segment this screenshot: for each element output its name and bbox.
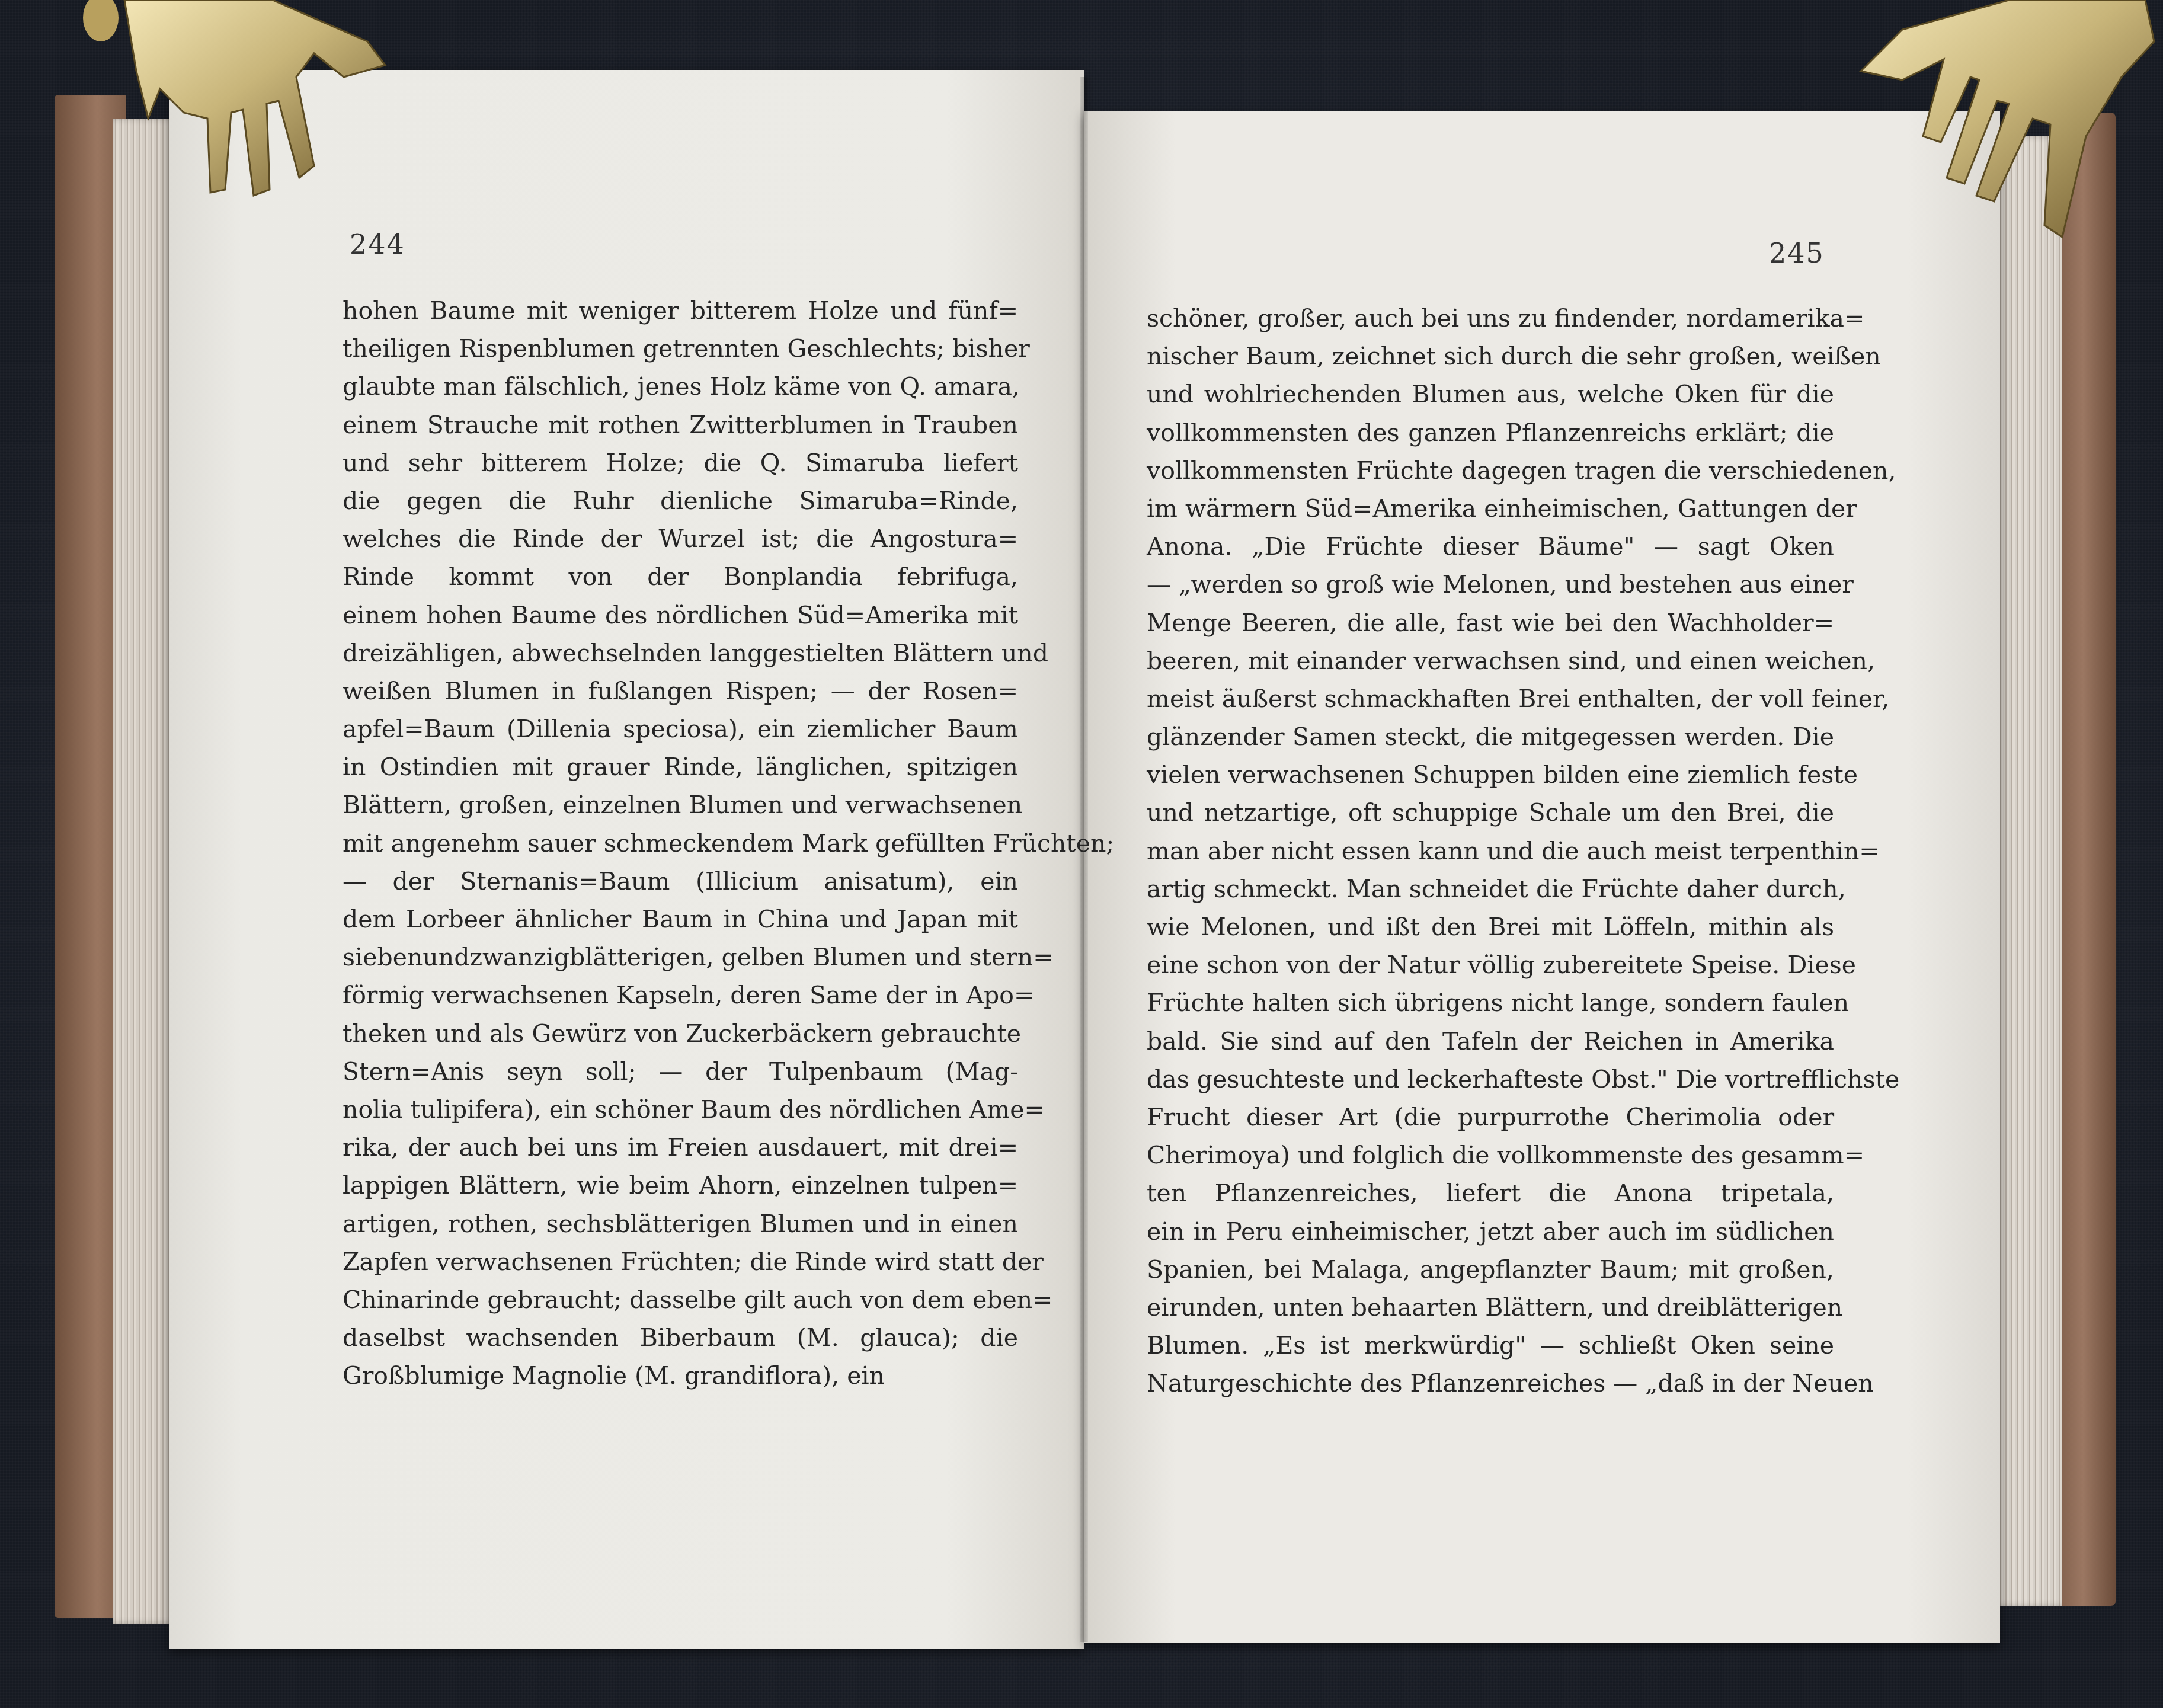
text-line: theiligen Rispenblumen getrennten Geschl… xyxy=(343,330,1018,367)
text-line: vollkommensten Früchte dagegen tragen di… xyxy=(1147,452,1834,490)
text-line: dreizähligen, abwechselnden langgestielt… xyxy=(343,634,1018,672)
text-line: beeren, mit einander verwachsen sind, un… xyxy=(1147,642,1834,680)
brass-hand-clip-right-icon xyxy=(1813,0,2163,249)
book-gutter xyxy=(1080,77,1088,1642)
text-line: hohen Baume mit weniger bitterem Holze u… xyxy=(343,292,1018,330)
text-line: vollkommensten des ganzen Pflanzenreichs… xyxy=(1147,414,1834,452)
text-line: — „werden so groß wie Melonen, und beste… xyxy=(1147,565,1834,603)
text-line: wie Melonen, und ißt den Brei mit Löffel… xyxy=(1147,908,1834,946)
text-line: mit angenehm sauer schmeckendem Mark gef… xyxy=(343,824,1018,862)
text-line: das gesuchteste und leckerhafteste Obst.… xyxy=(1147,1060,1834,1098)
text-line: Cherimoya) und folglich die vollkommenst… xyxy=(1147,1136,1834,1174)
text-line: eirunden, unten behaarten Blättern, und … xyxy=(1147,1288,1834,1326)
text-line: Zapfen verwachsenen Früchten; die Rinde … xyxy=(343,1243,1018,1281)
text-line: lappigen Blättern, wie beim Ahorn, einze… xyxy=(343,1166,1018,1204)
text-line: daselbst wachsenden Biberbaum (M. glauca… xyxy=(343,1319,1018,1357)
text-line: Anona. „Die Früchte dieser Bäume" — sagt… xyxy=(1147,527,1834,565)
text-line: apfel=Baum (Dillenia speciosa), ein ziem… xyxy=(343,710,1018,748)
text-line: schöner, großer, auch bei uns zu findend… xyxy=(1147,299,1834,337)
text-line: bald. Sie sind auf den Tafeln der Reiche… xyxy=(1147,1022,1834,1060)
text-line: eine schon von der Natur völlig zubereit… xyxy=(1147,946,1834,984)
text-line: weißen Blumen in fußlangen Rispen; — der… xyxy=(343,672,1018,710)
text-line: artig schmeckt. Man schneidet die Frücht… xyxy=(1147,870,1834,908)
text-line: man aber nicht essen kann und die auch m… xyxy=(1147,832,1834,870)
text-line: dem Lorbeer ähnlicher Baum in China und … xyxy=(343,900,1018,938)
text-line: nolia tulipifera), ein schöner Baum des … xyxy=(343,1090,1018,1128)
text-line: Blättern, großen, einzelnen Blumen und v… xyxy=(343,786,1018,824)
text-line: welches die Rinde der Wurzel ist; die An… xyxy=(343,520,1018,558)
text-line: im wärmern Süd=Amerika einheimischen, Ga… xyxy=(1147,490,1834,527)
text-line: in Ostindien mit grauer Rinde, längliche… xyxy=(343,748,1018,786)
text-line: Chinarinde gebraucht; dasselbe gilt auch… xyxy=(343,1281,1018,1319)
text-line: Menge Beeren, die alle, fast wie bei den… xyxy=(1147,604,1834,642)
text-line: und sehr bitterem Holze; die Q. Simaruba… xyxy=(343,444,1018,482)
text-line: förmig verwachsenen Kapseln, deren Same … xyxy=(343,976,1018,1014)
text-line: meist äußerst schmackhaften Brei enthalt… xyxy=(1147,680,1834,718)
text-line: Früchte halten sich übrigens nicht lange… xyxy=(1147,984,1834,1022)
text-line: rika, der auch bei uns im Freien ausdaue… xyxy=(343,1128,1018,1166)
right-page-text: schöner, großer, auch bei uns zu findend… xyxy=(1147,299,1834,1402)
text-line: die gegen die Ruhr dienliche Simaruba=Ri… xyxy=(343,482,1018,520)
text-line: theken und als Gewürz von Zuckerbäckern … xyxy=(343,1015,1018,1053)
page-number-left: 244 xyxy=(350,228,405,260)
text-line: ein in Peru einheimischer, jetzt aber au… xyxy=(1147,1213,1834,1250)
right-page-block-edge xyxy=(1991,136,2062,1606)
left-page-text: hohen Baume mit weniger bitterem Holze u… xyxy=(343,292,1018,1394)
text-line: Naturgeschichte des Pflanzenreiches — „d… xyxy=(1147,1364,1834,1402)
text-line: vielen verwachsenen Schuppen bilden eine… xyxy=(1147,756,1834,794)
text-line: ten Pflanzenreiches, liefert die Anona t… xyxy=(1147,1174,1834,1212)
text-line: und wohlriechenden Blumen aus, welche Ok… xyxy=(1147,375,1834,413)
text-line: Frucht dieser Art (die purpurrothe Cheri… xyxy=(1147,1098,1834,1136)
text-line: Stern=Anis seyn soll; — der Tulpenbaum (… xyxy=(343,1053,1018,1090)
text-line: nischer Baum, zeichnet sich durch die se… xyxy=(1147,337,1834,375)
text-line: Großblumige Magnolie (M. grandiflora), e… xyxy=(343,1357,1018,1394)
text-line: Spanien, bei Malaga, angepflanzter Baum;… xyxy=(1147,1250,1834,1288)
text-line: glaubte man fälschlich, jenes Holz käme … xyxy=(343,367,1018,405)
text-line: — der Sternanis=Baum (Illicium anisatum)… xyxy=(343,862,1018,900)
text-line: artigen, rothen, sechsblätterigen Blumen… xyxy=(343,1205,1018,1243)
brass-hand-clip-left-icon xyxy=(36,0,403,213)
text-line: Blumen. „Es ist merkwürdig" — schließt O… xyxy=(1147,1326,1834,1364)
text-line: glänzender Samen steckt, die mitgegessen… xyxy=(1147,718,1834,756)
text-line: einem hohen Baume des nördlichen Süd=Ame… xyxy=(343,596,1018,634)
text-line: Rinde kommt von der Bonplandia febrifuga… xyxy=(343,558,1018,596)
text-line: einem Strauche mit rothen Zwitterblumen … xyxy=(343,406,1018,444)
text-line: siebenundzwanzigblätterigen, gelben Blum… xyxy=(343,938,1018,976)
text-line: und netzartige, oft schuppige Schale um … xyxy=(1147,794,1834,831)
